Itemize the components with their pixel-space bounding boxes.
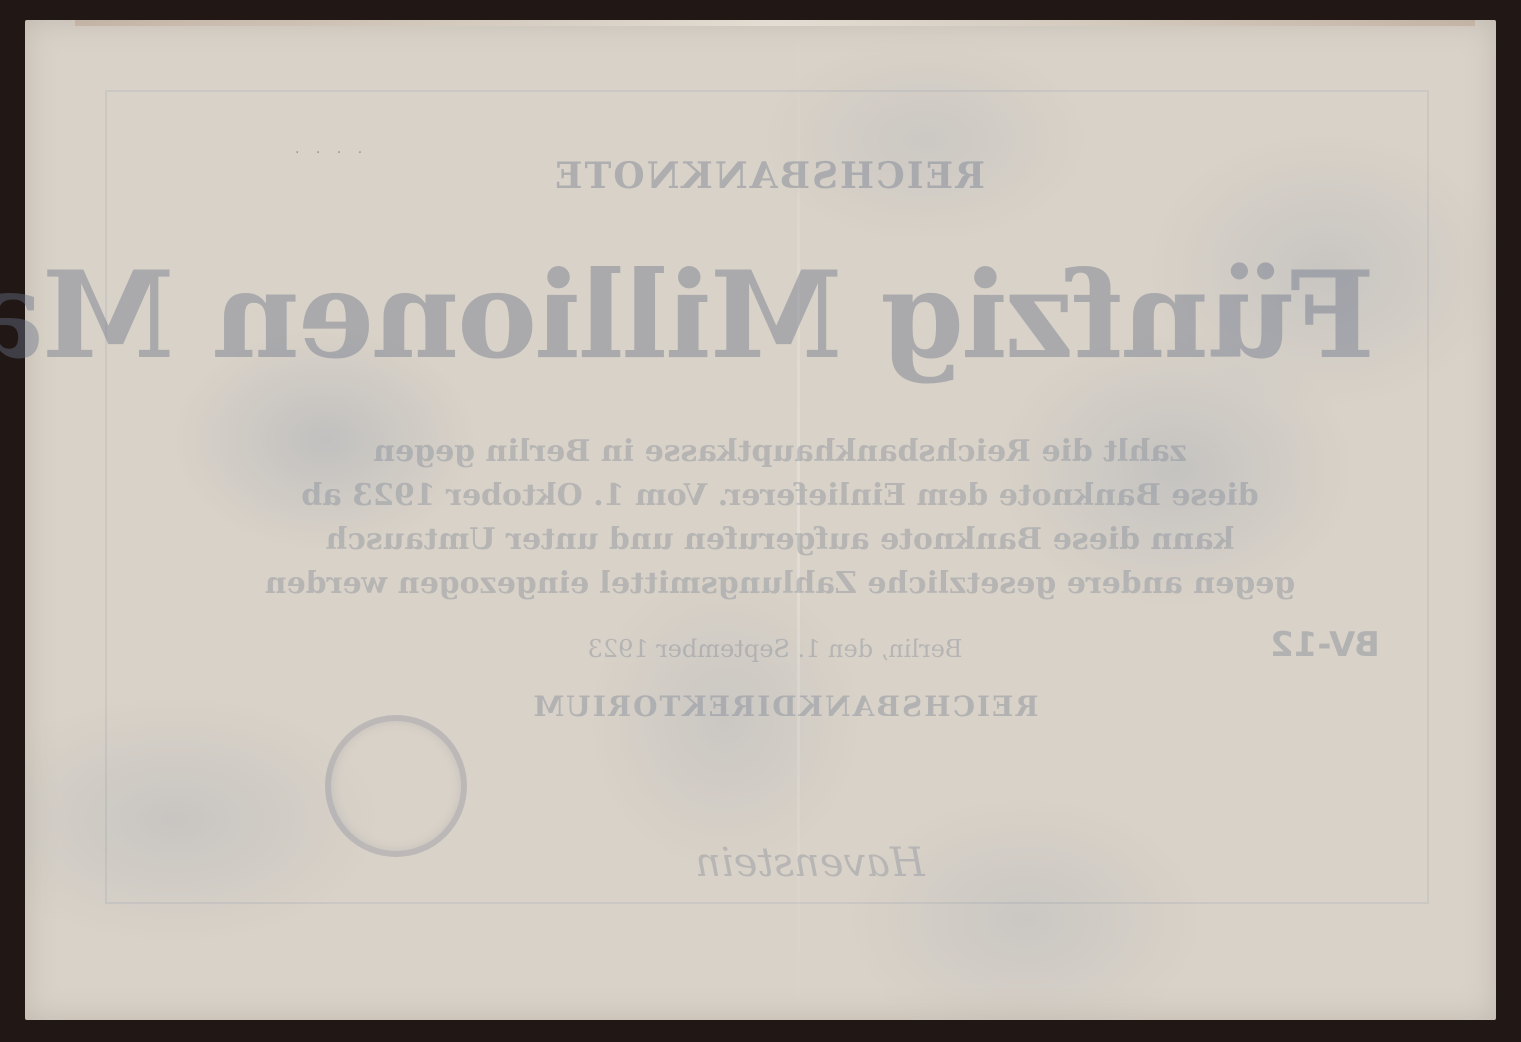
top-edge-wear	[75, 20, 1475, 26]
showthrough-seal-stamp	[325, 715, 467, 857]
showthrough-heading: REICHSBANKNOTE	[565, 155, 985, 197]
showthrough-denomination: Fünfzig Millionen Mark	[205, 245, 1375, 386]
body-line: diese Banknote dem Einlieferer. Vom 1. O…	[255, 474, 1305, 518]
banknote-paper: · · · · REICHSBANKNOTE Fünfzig Millionen…	[25, 20, 1496, 1020]
showthrough-signature: Havenstein	[585, 840, 1035, 886]
showthrough-directorate: REICHSBANKDIREKTORIUM	[505, 690, 1065, 723]
showthrough-body-text: zahlt die Reichsbankhauptkasse in Berlin…	[255, 430, 1305, 606]
body-line: gegen andere gesetzliche Zahlungsmittel …	[255, 562, 1305, 606]
green-overprint-mark: · · · ·	[295, 145, 465, 175]
showthrough-date-line: Berlin, den 1. September 1923	[425, 635, 1125, 663]
body-line: kann diese Banknote aufgerufen und unter…	[255, 518, 1305, 562]
body-line: zahlt die Reichsbankhauptkasse in Berlin…	[255, 430, 1305, 474]
showthrough-serial-left: BV-12	[1175, 625, 1475, 665]
